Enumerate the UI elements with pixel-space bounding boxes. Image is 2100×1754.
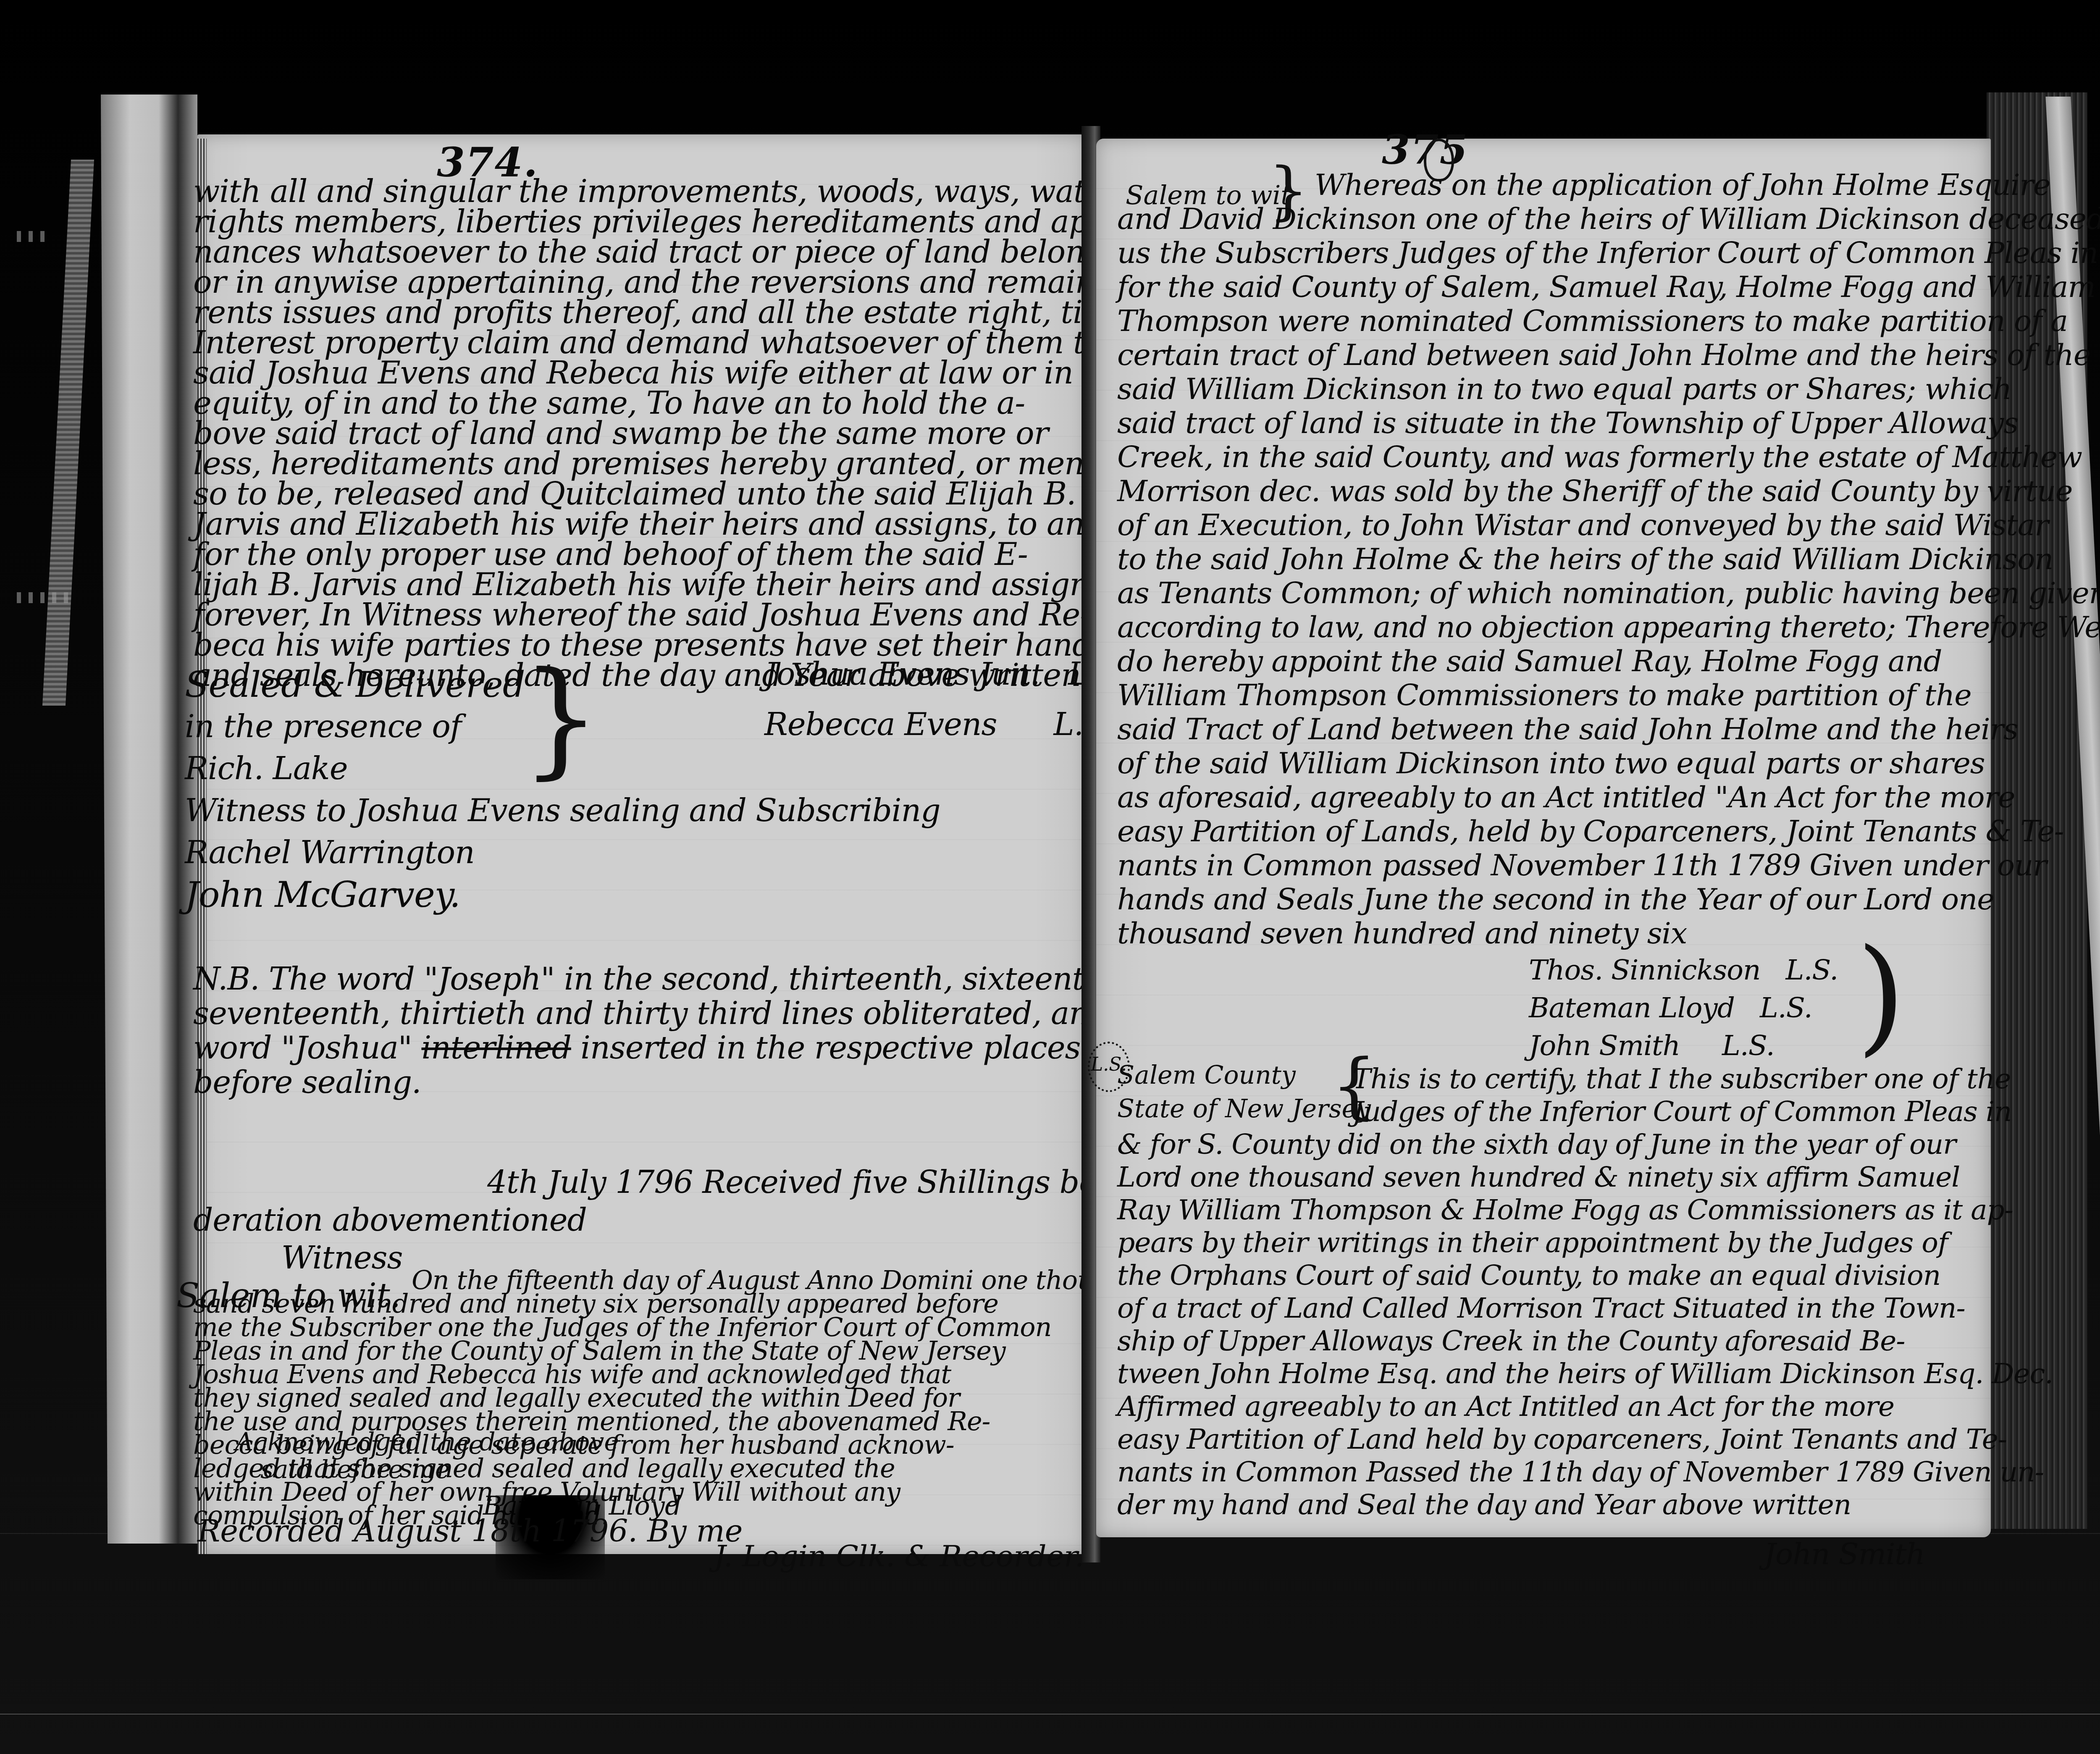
commission-line: Morrison dec. was sold by the Sheriff of…: [1117, 474, 2100, 508]
recorder-signature: J. Login Clk. & Recorder.: [714, 1533, 1084, 1579]
left-tab-marks: [17, 231, 45, 242]
commission-line: do hereby appoint the said Samuel Ray, H…: [1117, 644, 2100, 678]
certificate-line: Affirmed agreeably to an Act Intitled an…: [1117, 1390, 2053, 1423]
nb-line: N.B. The word "Joseph" in the second, th…: [193, 962, 1167, 996]
nota-bene: N.B. The word "Joseph" in the second, th…: [193, 962, 1167, 1100]
nb-line: seventeenth, thirtieth and thirty third …: [193, 996, 1167, 1031]
acknowledged-lines: Acknowledged the date above said before …: [235, 1428, 619, 1484]
nb-line: word "Joshua" interlined inserted in the…: [193, 1031, 1167, 1065]
signature-line: Bateman Lloyd L.S.: [1529, 983, 1838, 1021]
commission-line: us the Subscribers Judges of the Inferio…: [1117, 236, 2100, 270]
signature-name: John Smith: [1529, 1029, 1680, 1062]
deed-line: lijah B. Jarvis and Elizabeth his wife t…: [193, 570, 1182, 600]
commission-line: Whereas on the application of John Holme…: [1117, 168, 2100, 202]
commission-line: nants in Common passed November 11th 178…: [1117, 848, 2100, 882]
seal-mark: L.S.: [1760, 992, 1812, 1024]
commission-line: easy Partition of Lands, held by Coparce…: [1117, 814, 2100, 848]
deed-line: rents issues and profits thereof, and al…: [193, 297, 1182, 328]
certificate-line: Judges of the Inferior Court of Common P…: [1117, 1095, 2053, 1128]
struck-word: interlined: [421, 1030, 571, 1066]
deed-line: Jarvis and Elizabeth his wife their heir…: [193, 509, 1182, 539]
deed-line: rights members, liberties privileges her…: [193, 207, 1182, 237]
signature-name: Bateman Lloyd: [1529, 992, 1735, 1024]
witness-name: Rachel Warrington: [185, 832, 940, 874]
certificate-line: nants in Common Passed the 11th day of N…: [1117, 1456, 2053, 1489]
deed-line: nances whatsoever to the said tract or p…: [193, 237, 1182, 267]
signature-name: Thos. Sinnickson: [1529, 954, 1761, 986]
left-tab-marks: [17, 592, 68, 603]
certificate-line: & for S. County did on the sixth day of …: [1117, 1128, 2053, 1161]
certificate-line: ship of Upper Alloways Creek in the Coun…: [1117, 1325, 2053, 1358]
deed-line: for the only proper use and behoof of th…: [193, 539, 1182, 570]
commission-line: Creek, in the said County, and was forme…: [1117, 440, 2100, 474]
seal-mark: L.S.: [1786, 954, 1838, 986]
certificate-line: Lord one thousand seven hundred & ninety…: [1117, 1161, 2053, 1194]
commission-line: of the said William Dickinson into two e…: [1117, 746, 2100, 780]
certificate-line: pears by their writings in their appoint…: [1117, 1226, 2053, 1259]
certificate-line: This is to certify, that I the subscribe…: [1117, 1063, 2053, 1095]
deed-line: less, hereditaments and premises hereby …: [193, 449, 1182, 479]
deed-line: equity, of in and to the same, To have a…: [193, 388, 1182, 418]
nb-line: before sealing.: [193, 1065, 1167, 1100]
deed-line: bove said tract of land and swamp be the…: [193, 418, 1182, 449]
commission-line: said William Dickinson in to two equal p…: [1117, 372, 2100, 406]
commission-line: according to law, and no objection appea…: [1117, 610, 2100, 644]
right-commission-body: Whereas on the application of John Holme…: [1117, 168, 2100, 951]
certificate-line: of a tract of Land Called Morrison Tract…: [1117, 1292, 2053, 1325]
deed-line: Interest property claim and demand whats…: [193, 328, 1182, 358]
deed-line: forever, In Witness whereof the said Jos…: [193, 600, 1182, 630]
deed-line: or in anywise appertaining, and the reve…: [193, 267, 1182, 297]
commission-line: hands and Seals June the second in the Y…: [1117, 882, 2100, 916]
scan-artifact-line: [0, 1714, 2100, 1715]
certificate-line: the Orphans Court of said County, to mak…: [1117, 1259, 2053, 1292]
certificate-line: Ray William Thompson & Holme Fogg as Com…: [1117, 1194, 2053, 1226]
acknowledged-line: Acknowledged the date above: [235, 1428, 619, 1456]
certificate-line: der my hand and Seal the day and Year ab…: [1117, 1489, 2053, 1521]
witness-note: Witness to Joshua Evens sealing and Subs…: [185, 790, 940, 832]
certificate-body: This is to certify, that I the subscribe…: [1117, 1063, 2053, 1521]
recorded-line: Recorded August 18th 1796. By me: [197, 1508, 743, 1554]
commission-line: certain tract of Land between said John …: [1117, 338, 2100, 372]
commission-line: as aforesaid, agreeably to an Act intitl…: [1117, 780, 2100, 814]
commission-line: Thompson were nominated Commissioners to…: [1117, 304, 2100, 338]
witness-name: John McGarvey.: [185, 874, 940, 916]
left-page-stack: [101, 95, 197, 1544]
certificate-signature: John Smith: [1764, 1529, 1925, 1579]
deed-line: so to be, released and Quitclaimed unto …: [193, 479, 1182, 509]
signature-line: John Smith L.S.: [1529, 1021, 1838, 1058]
seal-mark: L.S.: [1722, 1029, 1774, 1062]
commission-line: said Tract of Land between the said John…: [1117, 712, 2100, 746]
deed-line: with all and singular the improvements, …: [193, 176, 1182, 207]
commission-line: as Tenants Common; of which nomination, …: [1117, 576, 2100, 610]
deed-line: said Joshua Evens and Rebeca his wife ei…: [193, 358, 1182, 388]
signature-line: Thos. Sinnickson L.S.: [1529, 945, 1838, 983]
certificate-line: easy Partition of Land held by coparcene…: [1117, 1423, 2053, 1456]
commission-line: and David Dickinson one of the heirs of …: [1117, 202, 2100, 236]
left-deed-body: with all and singular the improvements, …: [193, 176, 1182, 691]
commission-line: said tract of land is situate in the Tow…: [1117, 406, 2100, 440]
certificate-line: tween John Holme Esq. and the heirs of W…: [1117, 1358, 2053, 1390]
signature-brace: ): [1856, 932, 1906, 1058]
commission-line: of an Execution, to John Wistar and conv…: [1117, 508, 2100, 542]
witness-brace: }: [521, 655, 601, 781]
commissioner-signatures: Thos. Sinnickson L.S. Bateman Lloyd L.S.…: [1529, 945, 1838, 1058]
commission-line: William Thompson Commissioners to make p…: [1117, 678, 2100, 712]
commission-line: to the said John Holme & the heirs of th…: [1117, 542, 2100, 576]
acknowledged-line: said before me: [235, 1456, 619, 1484]
commission-line: for the said County of Salem, Samuel Ray…: [1117, 270, 2100, 304]
